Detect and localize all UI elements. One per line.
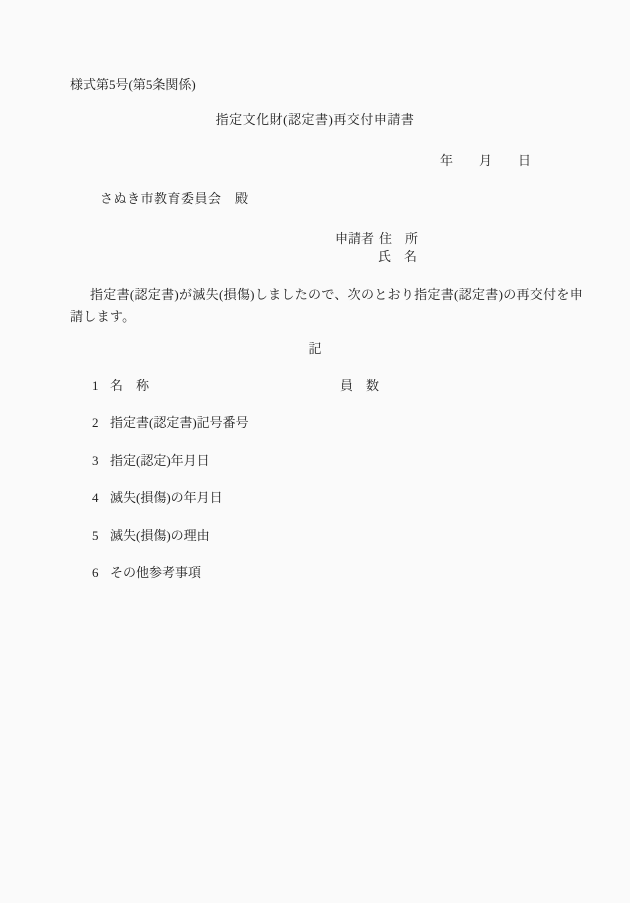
item-label: 滅失(損傷)の理由 [110,528,210,543]
date-line: 年 月 日 [440,153,531,168]
item-label: 滅失(損傷)の年月日 [110,490,223,505]
item-label: 指定書(認定書)記号番号 [110,415,249,430]
item-label: 名 称 [110,378,149,393]
unit-count-label: 員 数 [340,378,379,393]
item-number: 3 [92,453,110,468]
page-title: 指定文化財(認定書)再交付申請書 [0,112,630,127]
list-item-loss-reason: 5 滅失(損傷)の理由 [92,528,210,543]
list-item-certificate-number: 2 指定書(認定書)記号番号 [92,415,249,430]
addressee: さぬき市教育委員会 殿 [100,191,249,206]
item-number: 4 [92,490,110,505]
applicant-label: 申請者 [335,231,374,246]
record-heading: 記 [0,341,630,356]
list-item-loss-date: 4 滅失(損傷)の年月日 [92,490,223,505]
item-number: 2 [92,415,110,430]
body-text-line-2: 請します。 [70,309,135,324]
item-label: その他参考事項 [110,565,201,580]
list-item-name: 1 名 称 [92,378,149,393]
list-item-other-notes: 6 その他参考事項 [92,565,201,580]
applicant-name-label: 氏 名 [378,249,417,264]
item-number: 5 [92,528,110,543]
form-number: 様式第5号(第5条関係) [70,77,196,92]
applicant-address-label: 住 所 [379,231,418,246]
item-number: 1 [92,378,110,393]
list-item-designation-date: 3 指定(認定)年月日 [92,453,210,468]
item-number: 6 [92,565,110,580]
body-text-line-1: 指定書(認定書)が滅失(損傷)しましたので、次のとおり指定書(認定書)の再交付を… [90,287,583,302]
application-form-page: 様式第5号(第5条関係) 指定文化財(認定書)再交付申請書 年 月 日 さぬき市… [0,0,630,903]
item-label: 指定(認定)年月日 [110,453,210,468]
applicant-row: 申請者 住 所 [335,231,418,246]
